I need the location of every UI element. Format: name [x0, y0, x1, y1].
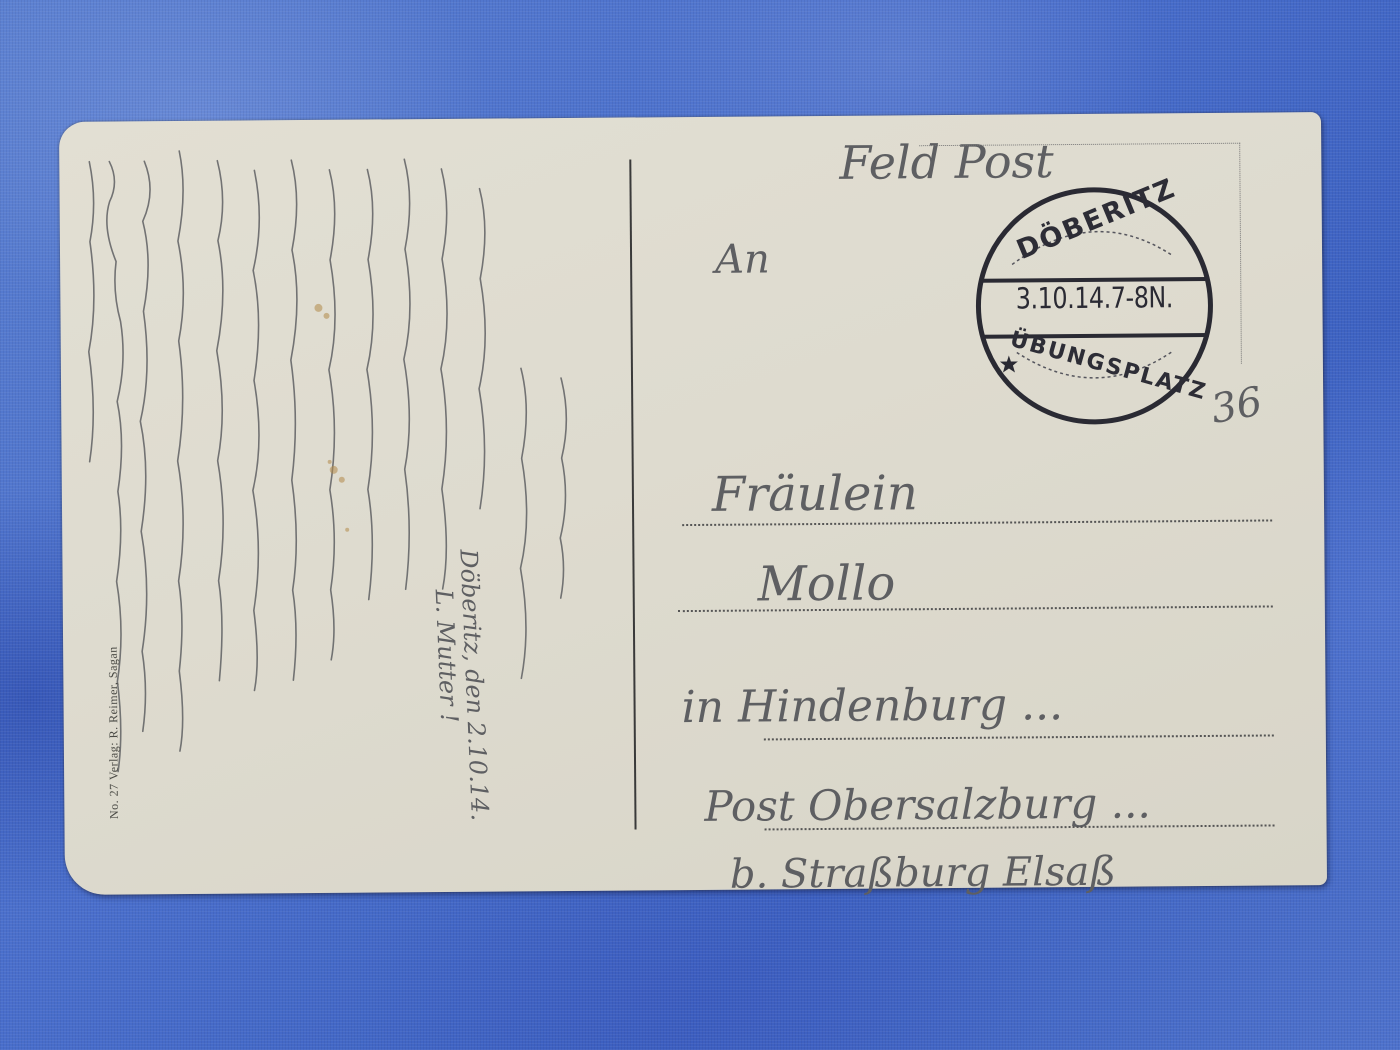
address-line-2: Mollo: [757, 555, 895, 612]
greeting-prefix: An: [715, 236, 770, 282]
address-dotted-line-3: [764, 734, 1274, 740]
pencil-note: 36: [1207, 378, 1265, 432]
message-area: [69, 128, 625, 882]
stamp-box-outline: [919, 143, 1242, 367]
address-line-4: Post Obersalzburg ...: [704, 778, 1151, 831]
address-line-1: Fräulein: [712, 465, 918, 523]
publisher-imprint: No. 27 Verlag: R. Reimer, Sagan: [104, 479, 122, 819]
address-line-3: in Hindenburg ...: [681, 679, 1063, 733]
card-divider-line: [629, 159, 636, 829]
postcard: No. 27 Verlag: R. Reimer, Sagan Feld Pos…: [59, 112, 1327, 895]
address-line-5: b. Straßburg Elsaß: [730, 849, 1116, 898]
message-salutation: L. Mutter !: [430, 589, 464, 724]
handwritten-message-strokes: [69, 128, 625, 892]
